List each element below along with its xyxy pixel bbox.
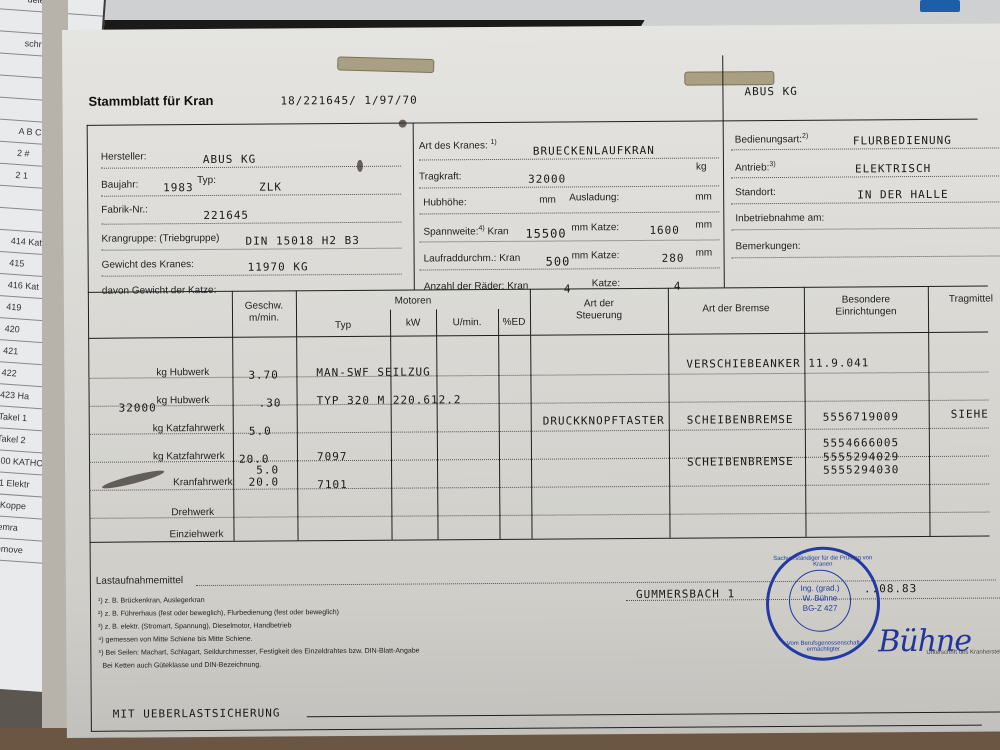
load-handling-label: Lastaufnahmemittel bbox=[96, 575, 183, 587]
span-label: Spannweite:4) Kran bbox=[423, 225, 508, 238]
row-brake: SCHEIBENBREMSE bbox=[687, 413, 794, 427]
header-speed: Geschw. m/min. bbox=[232, 300, 296, 324]
ink-smudge bbox=[399, 120, 407, 128]
row-label: kg Hubwerk bbox=[156, 367, 209, 378]
row-brake: SCHEIBENBREMSE bbox=[687, 455, 794, 469]
row-label: kg Hubwerk bbox=[157, 395, 210, 406]
outreach-unit: mm bbox=[695, 191, 712, 202]
drive-label-text: Antrieb: bbox=[735, 162, 770, 173]
crane-type-label: Art des Kranes: 1) bbox=[419, 139, 497, 152]
crane-weight-value: 11970 KG bbox=[248, 260, 309, 273]
header-rpm: U/min. bbox=[436, 317, 498, 329]
outreach-label: Ausladung: bbox=[569, 192, 619, 203]
unit: mm bbox=[572, 250, 589, 261]
wheel-diameter-trolley-label: mm Katze: bbox=[572, 250, 620, 261]
header-special-equipment: Besondere Einrichtungen bbox=[804, 294, 928, 319]
wheel-count-crane-value: 4 bbox=[564, 282, 572, 295]
stamp-ring-top: Sachverständiger für die Prüfung von Kra… bbox=[769, 555, 877, 568]
row-suspension: SIEHE bbox=[951, 408, 989, 421]
span-trolley-value: 1600 bbox=[649, 224, 680, 237]
build-year-label: Baujahr: bbox=[101, 179, 138, 190]
footnote-ref: 4) bbox=[478, 225, 484, 232]
header-brake-type: Art der Bremse bbox=[668, 303, 804, 316]
row-motor-type: TYP 320 M 220.612.2 bbox=[317, 393, 462, 407]
drive-label: Antrieb:3) bbox=[735, 161, 776, 174]
row-control: DRUCKKNOPFTASTER bbox=[543, 414, 665, 428]
overload-protection-remark: MIT UEBERLASTSICHERUNG bbox=[113, 706, 281, 720]
footnote-3: ³) z. B. elektr. (Stromart, Spannung), D… bbox=[98, 622, 291, 630]
header-suspension: Tragmittel bbox=[928, 293, 1000, 306]
crane-group-value: DIN 15018 H2 B3 bbox=[245, 234, 359, 248]
location-label: Standort: bbox=[735, 187, 776, 198]
header-motors: Motoren bbox=[296, 295, 530, 309]
wheel-diameter-label: Laufraddurchm.: Kran bbox=[424, 253, 521, 265]
commissioning-date-label: Inbetriebnahme am: bbox=[735, 213, 824, 225]
trolley-weight-label: davon Gewicht der Katze: bbox=[102, 285, 217, 297]
row-label: Einziehwerk bbox=[169, 529, 223, 540]
page-title: Stammblatt für Kran bbox=[88, 93, 213, 109]
manufacturer-label: Hersteller: bbox=[101, 151, 147, 162]
operation-mode-value: FLURBEDIENUNG bbox=[853, 134, 952, 148]
row-special: 55552940295555294030 bbox=[823, 450, 913, 477]
row-speed: .30 bbox=[259, 396, 282, 409]
row-motor-type: 7101 bbox=[317, 478, 348, 491]
lift-height-unit: mm bbox=[539, 195, 556, 206]
remarks-label: Bemerkungen: bbox=[735, 241, 800, 252]
row-prefix: 32000 bbox=[119, 401, 157, 414]
row-label: kg Katzfahrwerk bbox=[153, 423, 225, 435]
type-label: Typ: bbox=[197, 175, 216, 186]
row-speed: 5.020.0 bbox=[239, 464, 279, 488]
row-motor-type: MAN-SWF SEILZUG bbox=[316, 365, 430, 379]
type-value: ZLK bbox=[259, 180, 282, 193]
crane-weight-label: Gewicht des Kranes: bbox=[102, 259, 194, 271]
row-motor-type: 7097 bbox=[317, 450, 348, 463]
footnote-ref: 3) bbox=[769, 161, 775, 168]
manufacturer-value: ABUS KG bbox=[203, 153, 256, 166]
operation-mode-label: Bedienungsart:2) bbox=[735, 133, 809, 146]
span-trolley-unit: mm bbox=[695, 219, 712, 230]
span-trolley-label: mm Katze: bbox=[571, 222, 619, 233]
span-trolley-label-text: Katze: bbox=[591, 222, 619, 233]
crane-type-value: BRUECKENLAUFKRAN bbox=[533, 144, 655, 158]
wheel-count-trolley-value: 4 bbox=[674, 280, 682, 293]
row-speed: 3.70 bbox=[248, 368, 279, 381]
binder-strap-right bbox=[684, 71, 774, 86]
span-crane-label: Kran bbox=[487, 226, 508, 237]
location-value: IN DER HALLE bbox=[857, 188, 949, 202]
stamp-name: W. Bühne bbox=[790, 594, 850, 604]
stamp-ring-bottom: Vom Berufsgenossenschaft ermächtigter bbox=[769, 640, 877, 653]
blue-logo-fragment bbox=[920, 0, 960, 12]
row-special: 5554666005 bbox=[823, 436, 899, 450]
wheel-diameter-trolley-label-text: Katze: bbox=[591, 250, 619, 261]
footnote-4: ⁴) gemessen von Mitte Schiene bis Mitte … bbox=[98, 636, 252, 644]
serial-number-value: 221645 bbox=[203, 209, 249, 222]
header-type: Typ bbox=[296, 320, 390, 333]
row-label: kg Katzfahrwerk bbox=[153, 451, 225, 463]
row-label: Kranfahrwerk bbox=[173, 477, 233, 488]
header-control-type: Art der Steuerung bbox=[530, 298, 668, 323]
row-label: Drehwerk bbox=[171, 507, 214, 518]
crane-group-label: Krangruppe: (Triebgruppe) bbox=[101, 233, 219, 245]
footnote-ref: 1) bbox=[490, 139, 496, 146]
row-brake: VERSCHIEBEANKER 11.9.041 bbox=[686, 356, 869, 370]
span-crane-value: 15500 bbox=[525, 226, 566, 240]
wheel-count-trolley-label: Katze: bbox=[592, 278, 620, 289]
signature-caption: Unterschrift des Kranherstellers bbox=[926, 649, 1000, 656]
span-label-text: Spannweite: bbox=[423, 226, 478, 237]
ink-smudge bbox=[357, 160, 363, 172]
footnote-ref: 2) bbox=[802, 133, 808, 140]
lift-height-label: Hubhöhe: bbox=[423, 197, 466, 208]
crane-type-label-text: Art des Kranes: bbox=[419, 140, 488, 151]
footnote-5-cont: Bei Ketten auch Güteklasse und DIN-Bezei… bbox=[102, 662, 261, 670]
owner-top-right: ABUS KG bbox=[744, 85, 797, 98]
stamp-id: BG-Z 427 bbox=[790, 604, 850, 614]
capacity-unit: kg bbox=[696, 162, 707, 173]
wheel-diameter-trolley-value: 280 bbox=[662, 252, 685, 265]
stamp-title: Ing. (grad.) bbox=[790, 584, 850, 594]
wheel-diameter-crane-value: 500 bbox=[546, 254, 571, 268]
row-special: 5556719009 bbox=[823, 410, 899, 424]
reference-number: 18/221645/ 1/97/70 bbox=[280, 94, 417, 108]
capacity-label: Tragkraft: bbox=[419, 171, 461, 182]
unit: mm bbox=[571, 222, 588, 233]
footnote-1: ¹) z. B. Brückenkran, Auslegerkran bbox=[98, 597, 205, 605]
header-kw: kW bbox=[390, 317, 436, 329]
row-speed: 5.0 bbox=[249, 425, 272, 438]
header-duty-cycle: %ED bbox=[498, 317, 530, 329]
serial-number-label: Fabrik-Nr.: bbox=[101, 204, 148, 215]
capacity-value: 32000 bbox=[528, 172, 566, 185]
drive-value: ELEKTRISCH bbox=[855, 162, 931, 176]
crane-record-sheet: Stammblatt für Kran 18/221645/ 1/97/70 A… bbox=[62, 23, 1000, 738]
binder-strap-left bbox=[337, 56, 434, 73]
wheel-count-label: Anzahl der Räder: Kran bbox=[424, 281, 529, 293]
build-year-value: 1983 bbox=[163, 181, 194, 194]
wheel-diameter-trolley-unit: mm bbox=[696, 247, 713, 258]
stamp-center: Ing. (grad.) W. Bühne BG-Z 427 bbox=[789, 570, 851, 632]
inspector-stamp: Sachverständiger für die Prüfung von Kra… bbox=[766, 546, 881, 661]
operation-mode-label-text: Bedienungsart: bbox=[735, 134, 802, 145]
